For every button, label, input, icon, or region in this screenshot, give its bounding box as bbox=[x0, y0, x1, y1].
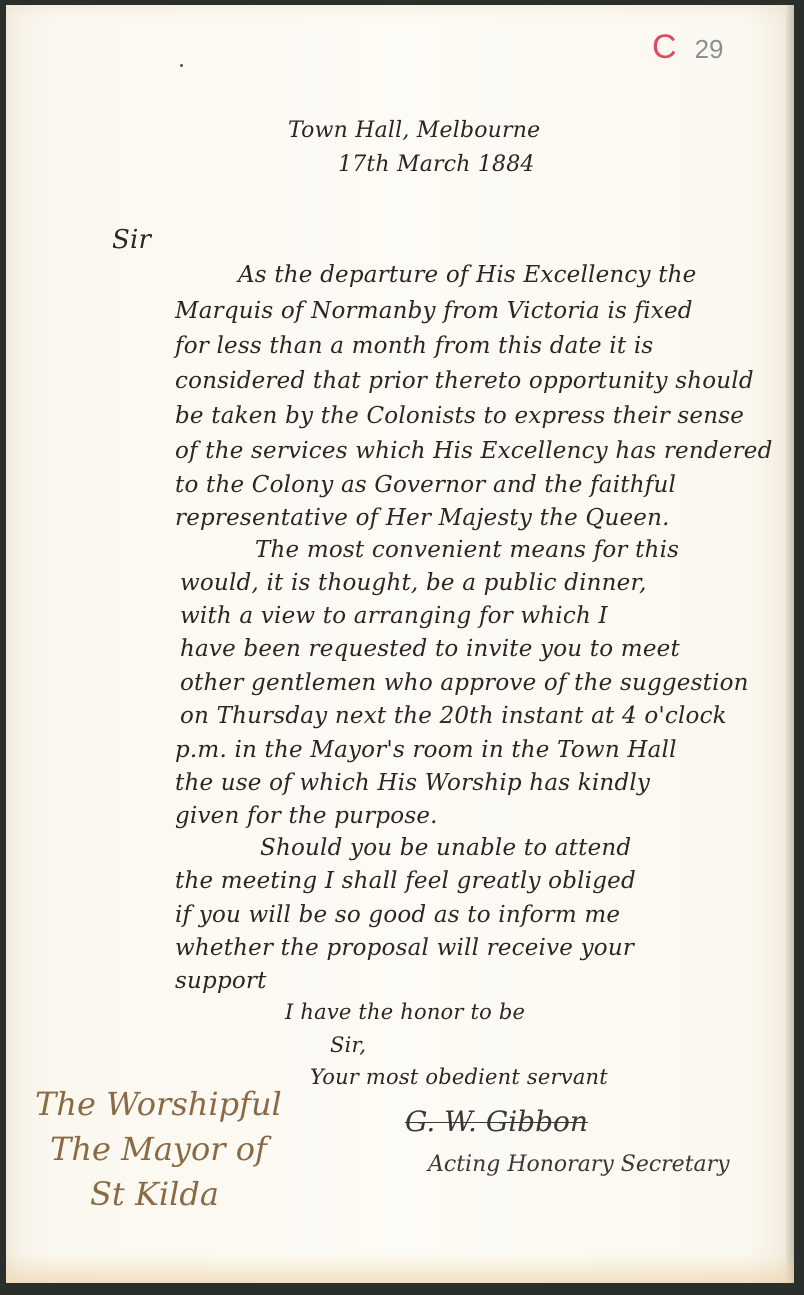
page-edge bbox=[786, 5, 794, 1283]
body-line: considered that prior thereto opportunit… bbox=[175, 368, 754, 394]
body-line: The most convenient means for this bbox=[255, 537, 679, 563]
body-line: if you will be so good as to inform me bbox=[175, 902, 620, 928]
body-line: As the departure of His Excellency the bbox=[238, 262, 696, 288]
addressee-line: The Worshipful bbox=[35, 1085, 282, 1123]
body-line: on Thursday next the 20th instant at 4 o… bbox=[180, 703, 727, 729]
body-line: Marquis of Normanby from Victoria is fix… bbox=[175, 298, 693, 324]
letter-salutation: Sir bbox=[112, 225, 151, 255]
addressee-line: The Mayor of bbox=[50, 1130, 267, 1168]
body-line: p.m. in the Mayor's room in the Town Hal… bbox=[175, 737, 677, 763]
closing-line: Your most obedient servant bbox=[310, 1065, 608, 1089]
letter-date: 17th March 1884 bbox=[338, 152, 535, 177]
body-line: to the Colony as Governor and the faithf… bbox=[175, 472, 676, 498]
body-line: Should you be unable to attend bbox=[260, 835, 631, 861]
archive-reference-mark: C29 bbox=[652, 28, 723, 67]
closing-line: Sir, bbox=[330, 1033, 366, 1057]
body-line: whether the proposal will receive your bbox=[175, 935, 634, 961]
addressee-line: St Kilda bbox=[90, 1175, 219, 1213]
body-line: of the services which His Excellency has… bbox=[175, 438, 773, 464]
body-line: have been requested to invite you to mee… bbox=[180, 636, 680, 662]
signature-title: Acting Honorary Secretary bbox=[428, 1152, 730, 1177]
body-line: for less than a month from this date it … bbox=[175, 333, 653, 359]
body-line: other gentlemen who approve of the sugge… bbox=[180, 670, 749, 696]
body-line: would, it is thought, be a public dinner… bbox=[180, 570, 647, 596]
archive-reference-number: 29 bbox=[695, 34, 724, 64]
body-line: given for the purpose. bbox=[175, 803, 438, 829]
body-line: be taken by the Colonists to express the… bbox=[175, 403, 744, 429]
letter-place: Town Hall, Melbourne bbox=[288, 118, 540, 143]
body-line: representative of Her Majesty the Queen. bbox=[175, 505, 670, 531]
paper-speck bbox=[180, 64, 183, 67]
page-stain bbox=[6, 1253, 794, 1283]
signature: G. W. Gibbon bbox=[405, 1105, 588, 1138]
body-line: the meeting I shall feel greatly obliged bbox=[175, 868, 636, 894]
body-line: with a view to arranging for which I bbox=[180, 603, 608, 629]
closing-line: I have the honor to be bbox=[285, 1000, 525, 1024]
archive-reference-letter: C bbox=[652, 28, 695, 66]
scan-background: C29 Town Hall, Melbourne 17th March 1884… bbox=[0, 0, 804, 1295]
body-line: the use of which His Worship has kindly bbox=[175, 770, 650, 796]
body-line: support bbox=[175, 968, 267, 994]
